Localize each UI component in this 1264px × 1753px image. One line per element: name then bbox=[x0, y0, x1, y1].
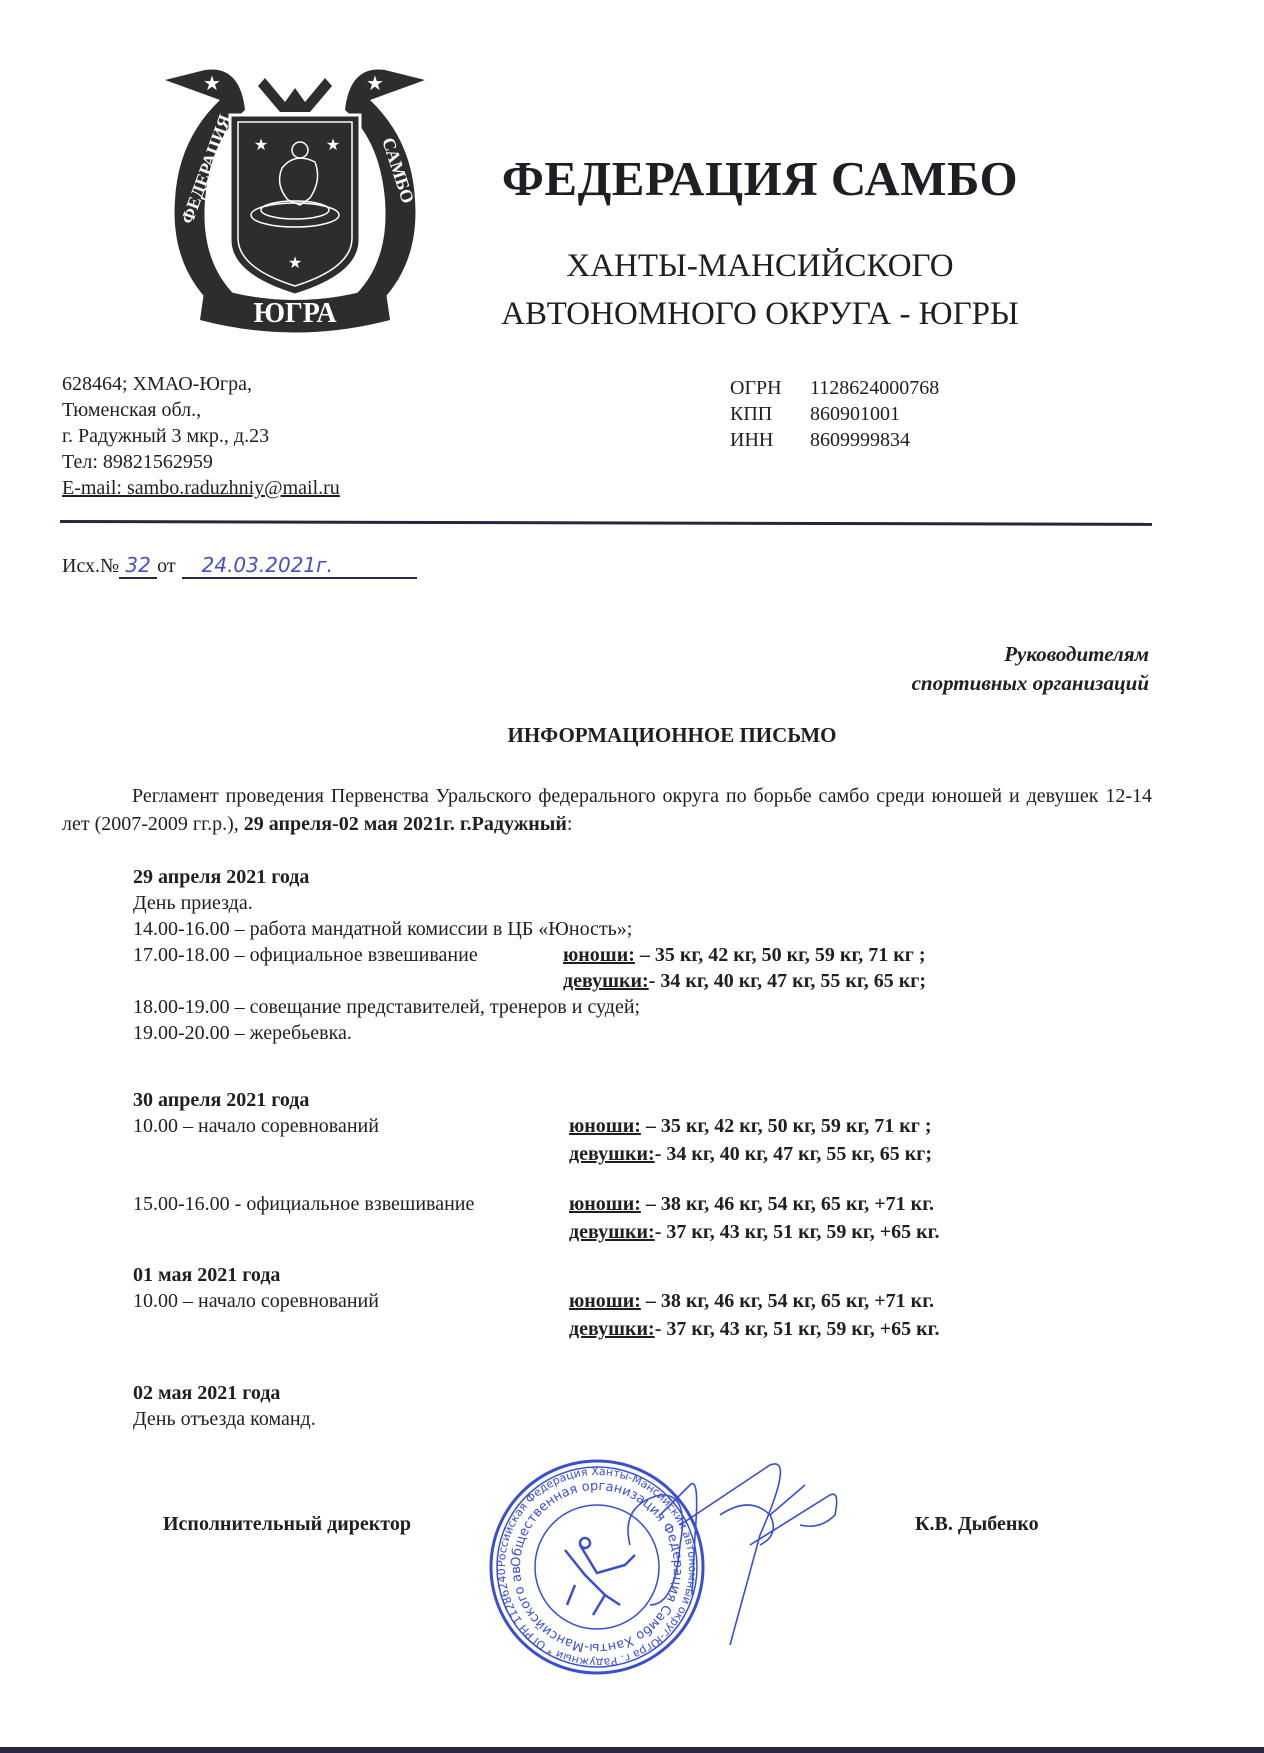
outgoing-number-value: 32 bbox=[119, 553, 157, 579]
girls-label: девушки: bbox=[569, 1318, 655, 1340]
girls-weights: - 34 кг, 40 кг, 47 кг, 55 кг, 65 кг; bbox=[649, 970, 926, 992]
header-divider bbox=[60, 520, 1152, 526]
girls-label: девушки: bbox=[563, 970, 649, 992]
svg-text:★: ★ bbox=[366, 73, 384, 95]
phone: Тел: 89821562959 bbox=[62, 449, 340, 475]
reg-key: ОГРН bbox=[730, 375, 810, 401]
email-link[interactable]: E-mail: sambo.raduzhniy@mail.ru bbox=[62, 475, 340, 501]
registration-row: ОГРН1128624000768 bbox=[730, 375, 939, 401]
schedule-item: 15.00-16.00 - официальное взвешивание bbox=[133, 1193, 474, 1215]
intro-paragraph: Регламент проведения Первенства Уральско… bbox=[62, 782, 1152, 838]
boys-label: юноши: bbox=[569, 1290, 641, 1312]
handwritten-signature-icon bbox=[620, 1455, 850, 1655]
day-date: 29 апреля 2021 года bbox=[133, 864, 640, 890]
outgoing-date: 24.03.2021г. bbox=[182, 553, 417, 579]
schedule-item: 10.00 – начало соревнований bbox=[133, 1115, 379, 1137]
schedule-item: 10.00 – начало соревнований bbox=[133, 1290, 379, 1312]
day-date: 30 апреля 2021 года bbox=[133, 1087, 474, 1113]
svg-text:★: ★ bbox=[203, 73, 221, 95]
schedule-item: 14.00-16.00 – работа мандатной комиссии … bbox=[133, 916, 640, 942]
svg-text:ЮГРА: ЮГРА bbox=[253, 298, 337, 329]
day-date: 02 мая 2021 года bbox=[133, 1380, 316, 1406]
registration-block: ОГРН1128624000768 КПП860901001 ИНН860999… bbox=[730, 375, 939, 453]
signatory-role: Исполнительный директор bbox=[163, 1513, 411, 1536]
boys-label: юноши: bbox=[569, 1193, 641, 1215]
schedule-item: 17.00-18.00 – официальное взвешивание bbox=[133, 944, 478, 966]
girls-weights: - 37 кг, 43 кг, 51 кг, 59 кг, +65 кг. bbox=[655, 1318, 940, 1340]
day-date: 01 мая 2021 года bbox=[133, 1262, 379, 1288]
scan-edge bbox=[0, 1747, 1264, 1753]
girls-label: девушки: bbox=[569, 1221, 655, 1243]
svg-text:★: ★ bbox=[326, 137, 340, 154]
schedule-item: 19.00-20.00 – жеребьевка. bbox=[133, 1020, 640, 1046]
reg-key: ИНН bbox=[730, 427, 810, 453]
reg-value: 1128624000768 bbox=[810, 375, 939, 401]
intro-text: Регламент проведения Первенства Уральско… bbox=[62, 785, 1152, 835]
registration-row: КПП860901001 bbox=[730, 401, 939, 427]
svg-text:★: ★ bbox=[254, 137, 268, 154]
signatory-name: К.В. Дыбенко bbox=[915, 1513, 1039, 1536]
schedule-item: День отъезда команд. bbox=[133, 1406, 316, 1432]
recipient-block: Руководителям спортивных организаций bbox=[912, 640, 1149, 698]
girls-weights: - 37 кг, 43 кг, 51 кг, 59 кг, +65 кг. bbox=[655, 1221, 940, 1243]
address-block: 628464; ХМАО-Югра, Тюменская обл., г. Ра… bbox=[62, 371, 340, 501]
girls-weights: - 34 кг, 40 кг, 47 кг, 55 кг, 65 кг; bbox=[655, 1143, 932, 1165]
recipient-line2: спортивных организаций bbox=[912, 669, 1149, 698]
schedule-day4: 02 мая 2021 года День отъезда команд. bbox=[133, 1380, 316, 1432]
organization-subtitle-line2: АВТОНОМНОГО ОКРУГА - ЮГРЫ bbox=[440, 296, 1080, 333]
boys-weights: – 38 кг, 46 кг, 54 кг, 65 кг, +71 кг. bbox=[641, 1290, 934, 1312]
boys-weights: – 35 кг, 42 кг, 50 кг, 59 кг, 71 кг ; bbox=[641, 1115, 932, 1137]
address-line2: Тюменская обл., bbox=[62, 397, 340, 423]
organization-subtitle-line1: ХАНТЫ-МАНСИЙСКОГО bbox=[440, 248, 1080, 285]
boys-weights: – 38 кг, 46 кг, 54 кг, 65 кг, +71 кг. bbox=[641, 1193, 934, 1215]
boys-label: юноши: bbox=[569, 1115, 641, 1137]
boys-label: юноши: bbox=[563, 944, 635, 966]
registration-row: ИНН8609999834 bbox=[730, 427, 939, 453]
girls-label: девушки: bbox=[569, 1143, 655, 1165]
reg-value: 860901001 bbox=[810, 401, 939, 427]
boys-weights: – 35 кг, 42 кг, 50 кг, 59 кг, 71 кг ; bbox=[635, 944, 926, 966]
federation-emblem-icon: ★ ★ ★ ★ ★ ФЕДЕРАЦИЯ САМБО ЮГРА bbox=[150, 50, 440, 340]
document-title: ИНФОРМАЦИОННОЕ ПИСЬМО bbox=[0, 723, 1264, 748]
organization-title: ФЕДЕРАЦИЯ САМБО bbox=[440, 150, 1080, 207]
recipient-line1: Руководителям bbox=[912, 640, 1149, 669]
address-line1: 628464; ХМАО-Югра, bbox=[62, 371, 340, 397]
svg-text:★: ★ bbox=[288, 255, 302, 272]
schedule-day2: 30 апреля 2021 года 10.00 – начало сорев… bbox=[133, 1087, 474, 1247]
schedule-day1: 29 апреля 2021 года День приезда. 14.00-… bbox=[133, 864, 640, 1046]
outgoing-number: Исх.№32от24.03.2021г. bbox=[62, 553, 417, 579]
outgoing-from-label: от bbox=[157, 555, 175, 577]
reg-value: 8609999834 bbox=[810, 427, 939, 453]
schedule-item: 18.00-19.00 – совещание представителей, … bbox=[133, 994, 640, 1020]
intro-dates: 29 апреля-02 мая 2021г. г.Радужный bbox=[244, 813, 567, 835]
schedule-item: День приезда. bbox=[133, 890, 640, 916]
reg-key: КПП bbox=[730, 401, 810, 427]
address-line3: г. Радужный 3 мкр., д.23 bbox=[62, 423, 340, 449]
schedule-day3: 01 мая 2021 года 10.00 – начало соревнов… bbox=[133, 1262, 379, 1344]
outgoing-label: Исх.№ bbox=[62, 555, 119, 577]
